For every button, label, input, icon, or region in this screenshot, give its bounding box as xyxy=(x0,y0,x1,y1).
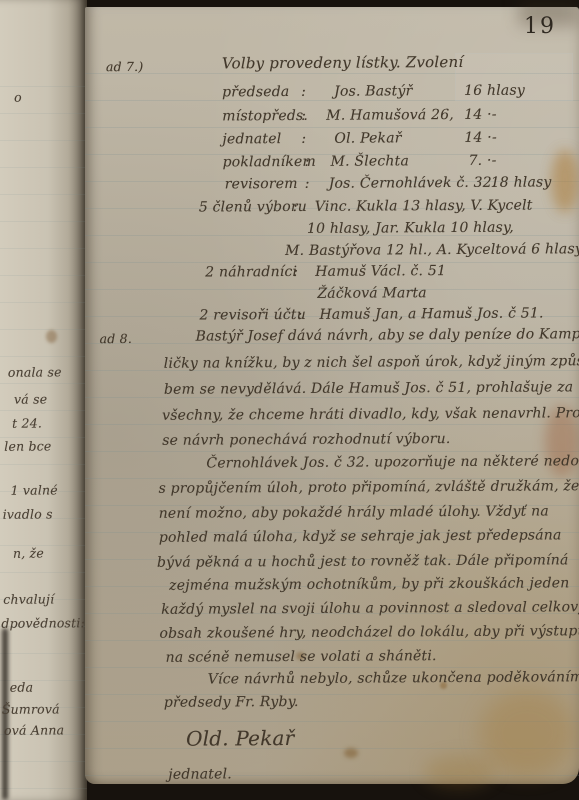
handwriting-line: 10 hlasy, Jar. Kukla 10 hlasy, xyxy=(307,220,514,237)
handwriting-line: pohled malá úloha, když se sehraje jak j… xyxy=(159,527,562,545)
handwriting-line: : xyxy=(301,84,306,100)
handwriting-line: každý myslel na svoji úlohu a povinnost … xyxy=(161,599,579,618)
previous-page-text-fragment: n, že xyxy=(13,546,44,561)
handwriting-line: 16 hlasy xyxy=(464,83,525,99)
handwriting-line: Černohlávek Jos. č 32. upozorňuje na něk… xyxy=(206,453,579,472)
signature: Old. Pekař xyxy=(186,726,294,751)
previous-page-text-fragment: onala se xyxy=(8,364,62,379)
handwriting-line: obsah zkoušené hry, neodcházel do lokálu… xyxy=(159,623,579,642)
handwriting-line: : xyxy=(304,154,309,170)
handwriting-line: Jos. Bastýř xyxy=(334,83,412,99)
handwriting-line: : xyxy=(305,176,310,192)
handwriting-line: Jos. Černohlávek č. 32. xyxy=(329,175,497,192)
handwriting-line: 2 náhradníci xyxy=(205,264,297,281)
handwriting-line: Hamuš Jan, a Hamuš Jos. č 51. xyxy=(319,305,543,322)
handwriting-line: : xyxy=(293,264,298,280)
handwriting-line: : xyxy=(301,131,306,147)
previous-page-text-fragment: eda xyxy=(10,680,34,695)
handwriting-line: s propůjčením úloh, proto připomíná, zvl… xyxy=(158,478,579,497)
handwriting-line: Bastýř Josef dává návrh, aby se daly pen… xyxy=(196,326,579,344)
handwriting-line: Více návrhů nebylo, schůze ukončena podě… xyxy=(208,669,579,687)
handwriting-line: M. Hamušová 26, xyxy=(326,107,454,124)
handwritten-text-layer: ad 7.)Volby provedeny lístky. Zvolenípře… xyxy=(0,0,579,800)
margin-item-number: ad 8. xyxy=(100,331,132,346)
handwriting-line: Vinc. Kukla 13 hlasy, V. Kycelt xyxy=(315,198,533,215)
handwriting-line: Žáčková Marta xyxy=(317,285,427,302)
previous-page-text-fragment: len bce xyxy=(4,438,51,453)
previous-page-text-fragment: dpovědnosti: xyxy=(1,615,85,631)
handwriting-line: jednatel xyxy=(222,131,281,147)
handwriting-line: zejména mužským ochotníkům, by při zkouš… xyxy=(169,575,569,593)
handwriting-line: : xyxy=(293,199,298,215)
handwriting-line: M. Šlechta xyxy=(330,153,409,169)
handwriting-line: : xyxy=(297,307,302,323)
handwriting-line: se návrh ponechává rozhodnutí výboru. xyxy=(162,431,450,449)
heading-line: Volby provedeny lístky. Zvolení xyxy=(222,53,463,72)
handwriting-line: všechny, že chceme hráti divadlo, kdy, v… xyxy=(162,405,579,424)
handwriting-line: Hamuš Václ. č. 51 xyxy=(315,263,446,280)
handwriting-line: revisorem xyxy=(225,176,298,192)
previous-page-text-fragment: ová Anna xyxy=(4,722,64,737)
handwriting-line: 18 hlasy xyxy=(491,174,552,190)
margin-item-number: ad 7.) xyxy=(106,59,144,74)
handwriting-line: bem se nevydělává. Dále Hamuš Jos. č 51,… xyxy=(164,379,573,398)
handwriting-line: není možno, aby pokaždé hrály mladé úloh… xyxy=(159,503,549,521)
previous-page-text-fragment: o xyxy=(14,90,22,105)
previous-page-text-fragment: chvalují xyxy=(3,591,54,606)
handwriting-line: předsedy Fr. Ryby. xyxy=(164,694,299,711)
handwriting-line: 14 ·- xyxy=(464,130,497,146)
handwriting-line: 2 revisoři účtu xyxy=(199,307,306,324)
scanned-minutes-page: 19 ad 7.)Volby provedeny lístky. Zvolení… xyxy=(0,0,579,800)
handwriting-line: bývá pěkná a u hochů jest to rovněž tak.… xyxy=(157,552,569,571)
handwriting-line: ličky na knížku, by z nich šel aspoň úro… xyxy=(164,353,579,372)
handwriting-line: : xyxy=(301,108,306,124)
handwriting-line: místopředs. xyxy=(222,108,308,125)
handwriting-line: na scéně nemusel se volati a sháněti. xyxy=(166,648,437,666)
previous-page-text-fragment: Šumrová xyxy=(2,701,60,716)
handwriting-line: M. Bastýřova 12 hl., A. Kyceltová 6 hlas… xyxy=(285,241,579,259)
previous-page-text-fragment: t 24. xyxy=(12,416,42,431)
handwriting-line: jednatel. xyxy=(168,766,232,782)
handwriting-line: Ol. Pekař xyxy=(334,130,401,146)
previous-page-text-fragment: 1 valné xyxy=(11,482,58,497)
handwriting-line: předseda xyxy=(222,84,289,100)
previous-page-text-fragment: vá se xyxy=(14,391,47,406)
handwriting-line: 14 ·- xyxy=(464,107,497,123)
handwriting-line: 5 členů výboru xyxy=(199,199,307,216)
handwriting-line: pokladníkem xyxy=(222,154,316,171)
handwriting-line: 7. ·- xyxy=(468,153,496,169)
previous-page-text-fragment: ivadlo s xyxy=(3,506,53,521)
